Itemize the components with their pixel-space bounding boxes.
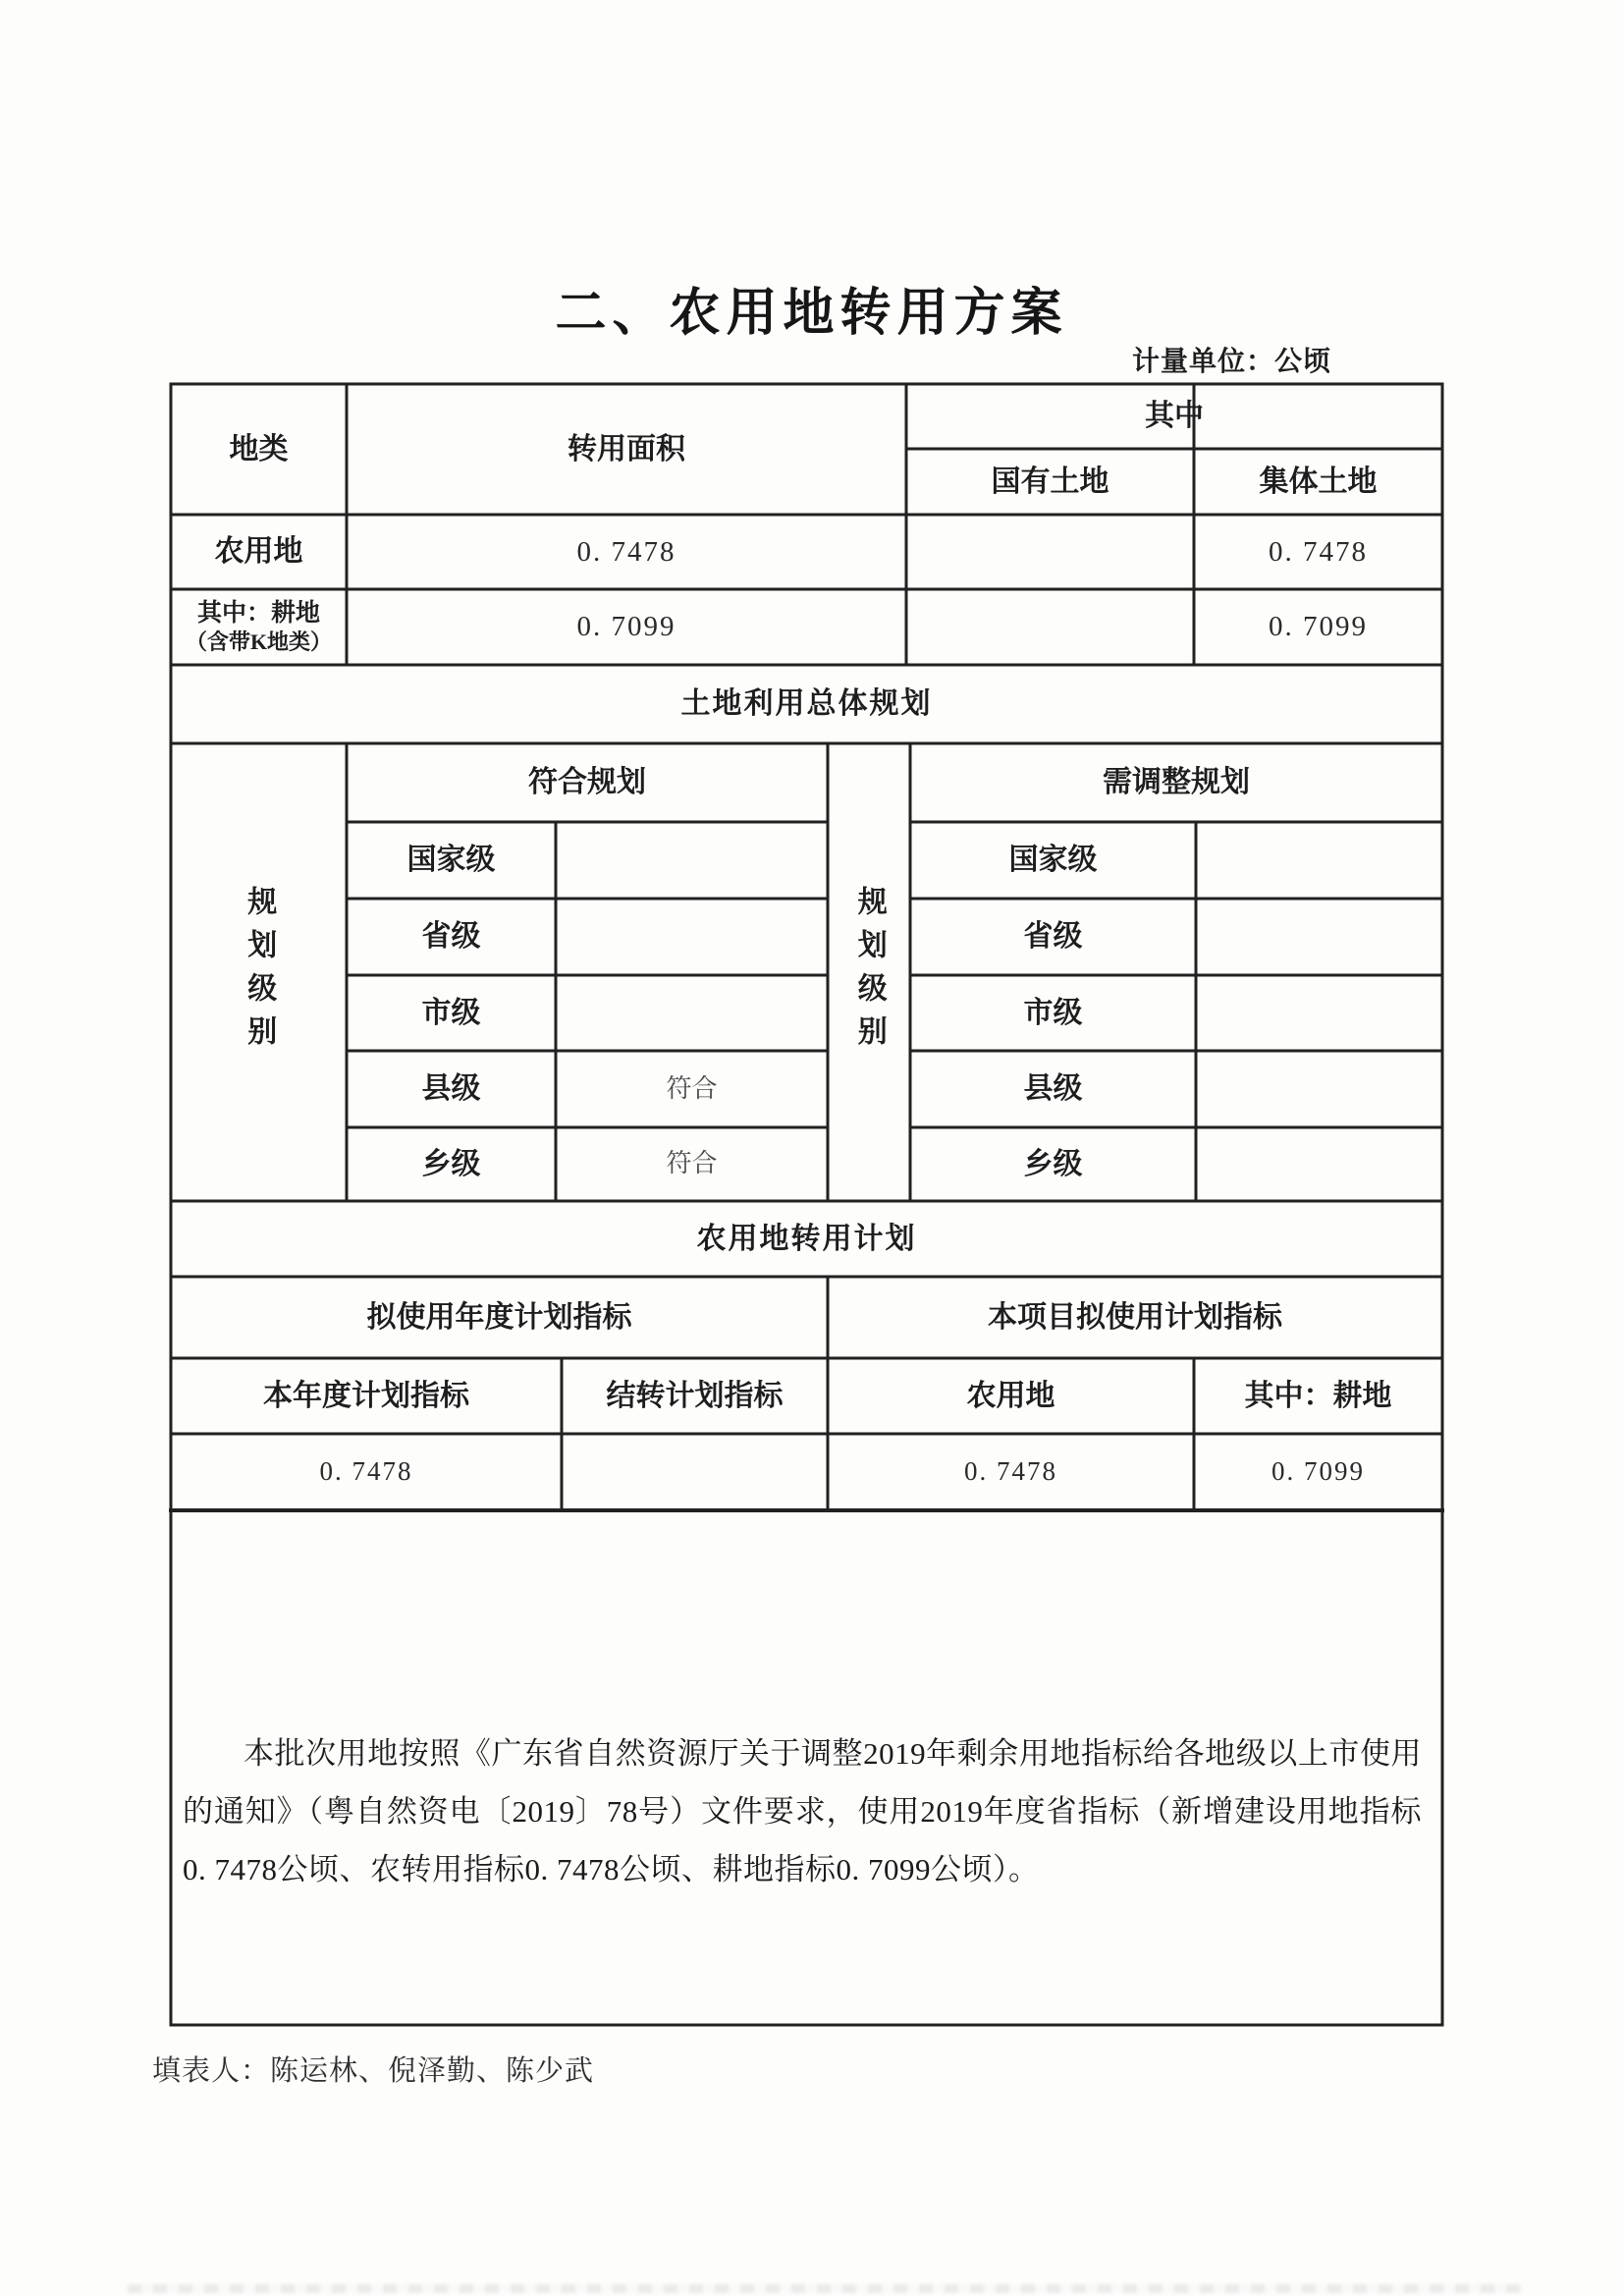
compliant-level-municipal: 市级 [347,975,556,1051]
planning-level-label-left: 规划级别 [171,743,347,1201]
compliant-value-township: 符合 [556,1127,828,1201]
col-of-which-cultivated: 其中：耕地 [1194,1358,1442,1434]
cultivated-land-state-value [906,589,1194,665]
value-agricultural-land: 0. 7478 [828,1434,1194,1510]
compliant-level-county: 县级 [347,1051,556,1127]
value-cultivated-land: 0. 7099 [1194,1434,1442,1510]
section-title-master-planning: 土地利用总体规划 [171,665,1442,743]
header-land-type: 地类 [171,384,347,515]
planning-level-label-middle-text: 规划级别 [850,886,888,1059]
agricultural-land-collective-value: 0. 7478 [1194,515,1442,589]
adjust-value-national [1196,822,1442,899]
compliant-level-township: 乡级 [347,1127,556,1201]
compliant-value-national [556,822,828,899]
header-conversion-area: 转用面积 [347,384,906,515]
compliant-level-provincial: 省级 [347,899,556,975]
cultivated-land-label-line2: （含带K地类） [186,629,332,656]
row-cultivated-land-label: 其中：耕地 （含带K地类） [171,589,347,665]
compliant-value-provincial [556,899,828,975]
adjust-value-municipal [1196,975,1442,1051]
agricultural-land-state-value [906,515,1194,589]
header-collective-land: 集体土地 [1194,449,1442,515]
adjust-level-municipal: 市级 [910,975,1196,1051]
adjust-level-provincial: 省级 [910,899,1196,975]
header-of-which: 其中 [906,384,1442,449]
header-annual-plan-quota: 拟使用年度计划指标 [171,1277,828,1358]
remarks-paragraph: 本批次用地按照《广东省自然资源厅关于调整2019年剩余用地指标给各地级以上市使用… [183,1724,1422,1898]
planning-level-label-middle: 规划级别 [828,743,910,1201]
compliant-level-national: 国家级 [347,822,556,899]
compliant-value-county: 符合 [556,1051,828,1127]
header-compliant-planning: 符合规划 [347,743,828,822]
adjust-value-provincial [1196,899,1442,975]
header-state-owned-land: 国有土地 [906,449,1194,515]
agricultural-land-area-value: 0. 7478 [347,515,906,589]
row-agricultural-land-label: 农用地 [171,515,347,589]
section-title-conversion-plan: 农用地转用计划 [171,1201,1442,1277]
planning-level-label-left-text: 规划级别 [241,886,278,1059]
adjust-value-township [1196,1127,1442,1201]
compliant-value-municipal [556,975,828,1051]
preparer-line: 填表人：陈运林、倪泽勤、陈少武 [152,2049,1036,2089]
cultivated-land-label-line1: 其中：耕地 [197,599,320,629]
header-adjust-planning: 需调整规划 [910,743,1442,822]
cultivated-land-collective-value: 0. 7099 [1194,589,1442,665]
value-current-year-quota: 0. 7478 [171,1434,562,1510]
adjust-level-national: 国家级 [910,822,1196,899]
adjust-value-county [1196,1051,1442,1127]
col-current-year-quota: 本年度计划指标 [171,1358,562,1434]
page-bottom-bleed-artifact [128,2284,1522,2293]
header-project-plan-quota: 本项目拟使用计划指标 [828,1277,1442,1358]
col-carryover-quota: 结转计划指标 [562,1358,828,1434]
cultivated-land-area-value: 0. 7099 [347,589,906,665]
adjust-level-township: 乡级 [910,1127,1196,1201]
adjust-level-county: 县级 [910,1051,1196,1127]
document-page: 二、农用地转用方案 计量单位：公顷 [0,0,1623,2296]
col-agricultural-land: 农用地 [828,1358,1194,1434]
value-carryover-quota [562,1434,828,1510]
